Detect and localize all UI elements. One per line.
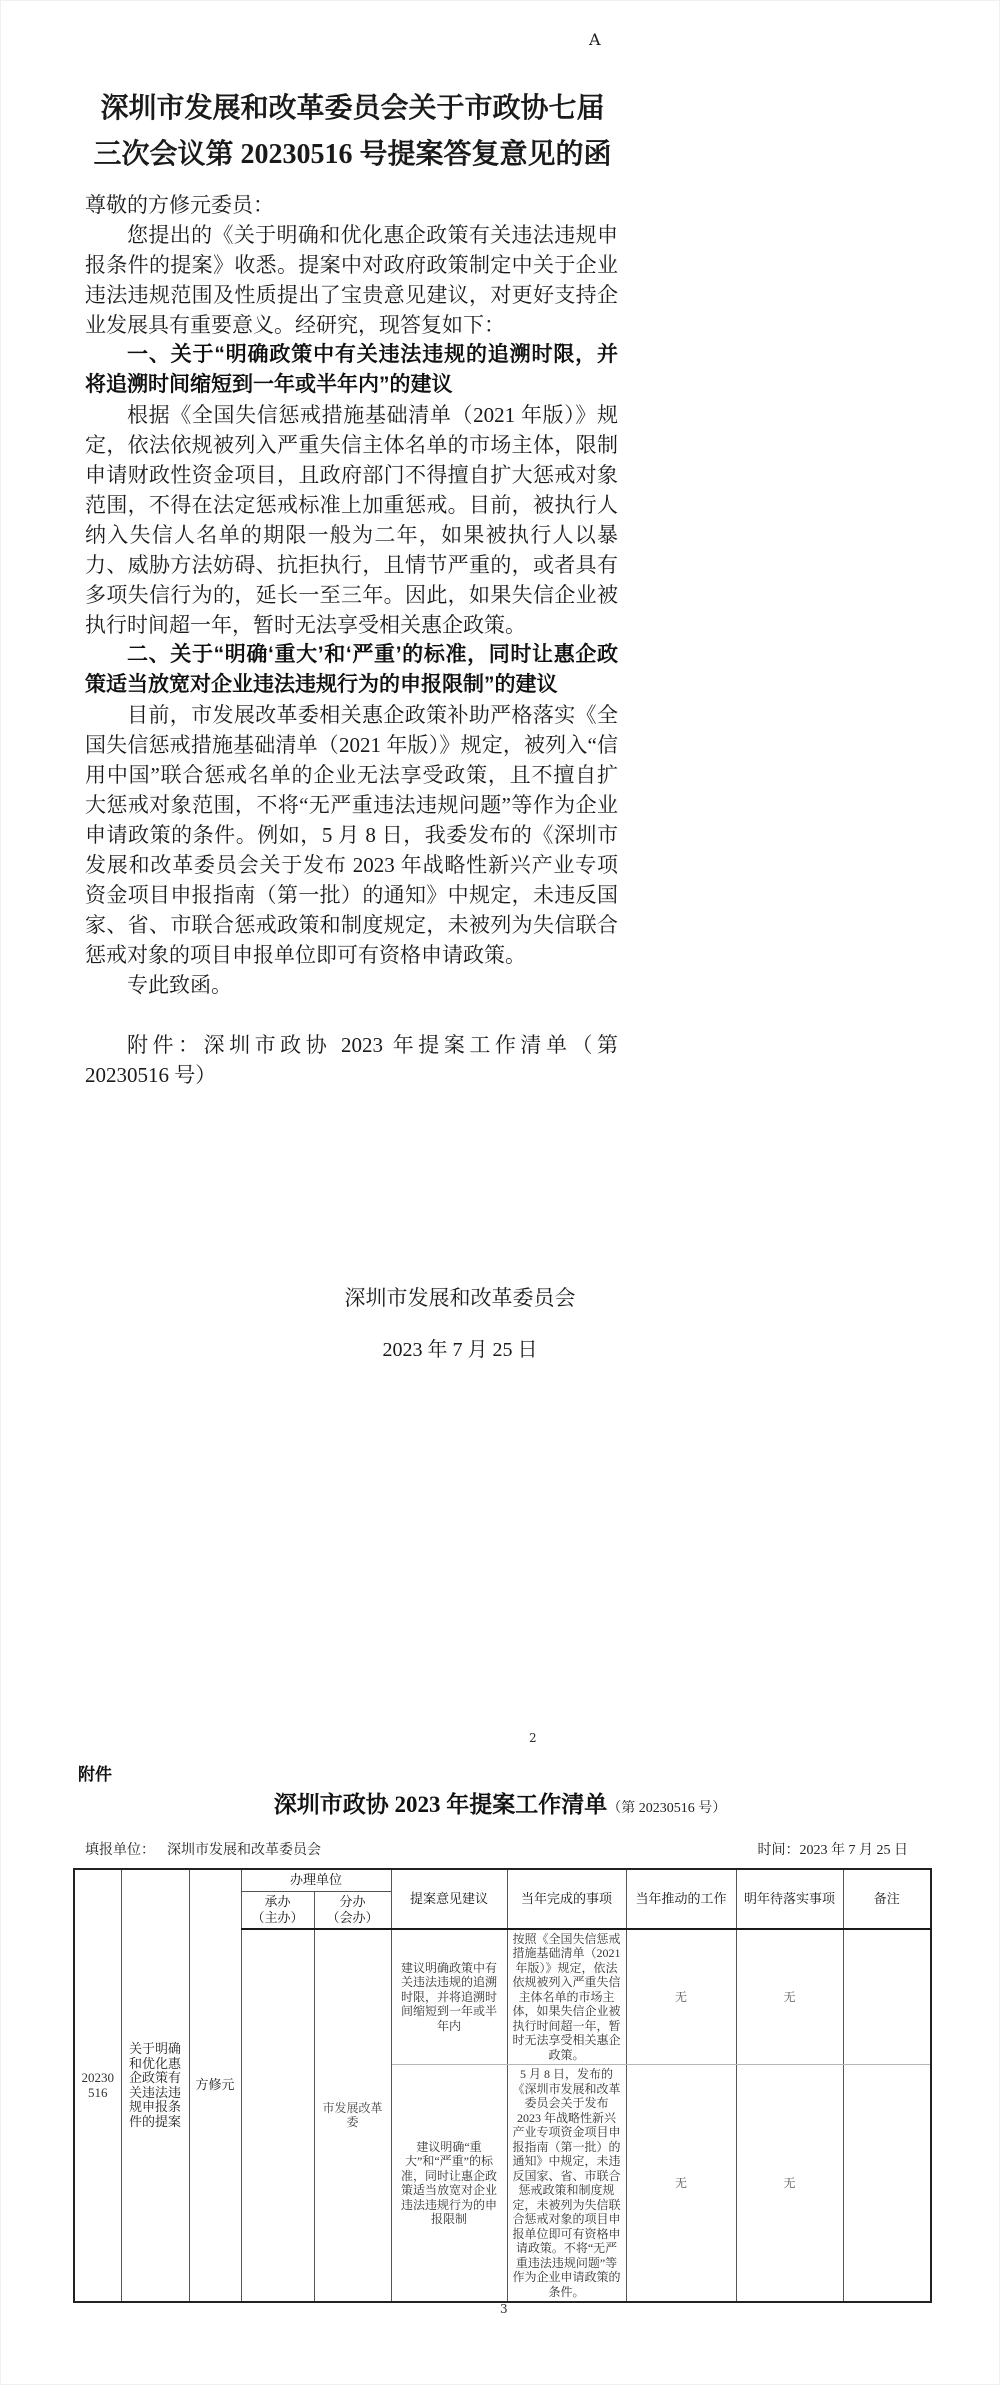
report-time: 时间：2023 年 7 月 25 日 bbox=[758, 1839, 909, 1859]
document-page: A 深圳市发展和改革委员会关于市政协七届 三次会议第 20230516 号提案答… bbox=[0, 0, 1000, 2385]
cell-pushed-2: 无 bbox=[626, 2065, 736, 2303]
col-header-pushed-this-year: 当年推动的工作 bbox=[626, 1869, 736, 1929]
attachment-meta-row: 填报单位：深圳市发展和改革委员会 时间：2023 年 7 月 25 日 bbox=[85, 1839, 908, 1859]
cell-remark-2 bbox=[843, 2065, 931, 2303]
col-header-organizer-main: 承办 （主办） bbox=[241, 1891, 314, 1929]
section-heading-1: 一、关于“明确政策中有关违法违规的追溯时限，并将追溯时间缩短到一年或半年内”的建… bbox=[85, 340, 618, 400]
cell-done-2: 5 月 8 日，发布的《深圳市发展和改革委员会关于发布 2023 年战略性新兴产… bbox=[507, 2065, 626, 2303]
letter-paragraph-2: 根据《全国失信惩戒措施基础清单（2021 年版）》规定，依法依规被列入严重失信主… bbox=[85, 400, 618, 640]
letter-closing: 专此致函。 bbox=[85, 970, 618, 1000]
signature-block: 深圳市发展和改革委员会 2023 年 7 月 25 日 bbox=[340, 1284, 580, 1364]
report-unit: 填报单位：深圳市发展和改革委员会 bbox=[85, 1839, 321, 1859]
cell-done-1: 按照《全国失信惩戒措施基础清单（2021 年版）》规定，依法依规被列入严重失信主… bbox=[507, 1929, 626, 2065]
cell-suggestion-1: 建议明确政策中有关违法违规的追溯时限，并将追溯时间缩短到一年或半年内 bbox=[391, 1929, 507, 2065]
salutation: 尊敬的方修元委员： bbox=[85, 190, 618, 220]
attachment-label: 附件 bbox=[78, 1760, 112, 1785]
col-header-organizer-co: 分办 （会办） bbox=[314, 1891, 391, 1929]
col-header-next-year-items: 明年待落实事项 bbox=[736, 1869, 843, 1929]
signature-org: 深圳市发展和改革委员会 bbox=[340, 1284, 580, 1312]
col-header-remark: 备注 bbox=[843, 1869, 931, 1929]
col-header-done-this-year: 当年完成的事项 bbox=[507, 1869, 626, 1929]
letter-body: 尊敬的方修元委员： 您提出的《关于明确和优化惠企政策有关违法违规申报条件的提案》… bbox=[85, 190, 618, 1090]
proposal-worklist-table: 20230516 关于明确和优化惠企政策有关违法违规申报条件的提案 方修元 办理… bbox=[73, 1868, 932, 2303]
attachment-title-main: 深圳市政协 2023 年提案工作清单 bbox=[274, 1792, 608, 1817]
letter-title-line1: 深圳市发展和改革委员会关于市政协七届 bbox=[85, 86, 620, 132]
signature-date: 2023 年 7 月 25 日 bbox=[340, 1336, 580, 1364]
letter-paragraph-1: 您提出的《关于明确和优化惠企政策有关违法违规申报条件的提案》收悉。提案中对政府政… bbox=[85, 220, 618, 340]
attachment-note: 附件：深圳市政协 2023 年提案工作清单（第 20230516 号） bbox=[85, 1030, 618, 1090]
report-unit-value: 深圳市发展和改革委员会 bbox=[167, 1843, 321, 1858]
attachment-title-number: （第 20230516 号） bbox=[607, 1801, 726, 1816]
cell-suggestion-2: 建议明确“重大”和“严重”的标准，同时让惠企政策适当放宽对企业违法违规行为的申报… bbox=[391, 2065, 507, 2303]
col-header-organizer-group: 办理单位 bbox=[241, 1869, 391, 1891]
cell-next-year-1: 无 bbox=[736, 1929, 843, 2065]
col-header-suggestion: 提案意见建议 bbox=[391, 1869, 507, 1929]
cell-proposer: 方修元 bbox=[189, 1869, 241, 2302]
letter-paragraph-3: 目前，市发展改革委相关惠企政策补助严格落实《全国失信惩戒措施基础清单（2021 … bbox=[85, 700, 618, 970]
cell-organizer-main bbox=[241, 1929, 314, 2303]
cell-pushed-1: 无 bbox=[626, 1929, 736, 2065]
page-number-2: 2 bbox=[529, 1731, 537, 1745]
classification-mark: A bbox=[589, 30, 601, 49]
letter-title-line2: 三次会议第 20230516 号提案答复意见的函 bbox=[85, 132, 620, 178]
report-unit-label: 填报单位： bbox=[85, 1843, 155, 1858]
cell-next-year-2: 无 bbox=[736, 2065, 843, 2303]
section-heading-2: 二、关于“明确‘重大’和‘严重’的标准，同时让惠企政策适当放宽对企业违法违规行为… bbox=[85, 640, 618, 700]
cell-remark-1 bbox=[843, 1929, 931, 2065]
attachment-title: 深圳市政协 2023 年提案工作清单（第 20230516 号） bbox=[0, 1786, 1000, 1819]
cell-proposal-number: 20230516 bbox=[74, 1869, 121, 2302]
cell-organizer-co: 市发展改革委 bbox=[314, 1929, 391, 2303]
page-number-3: 3 bbox=[500, 2302, 508, 2316]
letter-title: 深圳市发展和改革委员会关于市政协七届 三次会议第 20230516 号提案答复意… bbox=[85, 86, 620, 178]
cell-case-title: 关于明确和优化惠企政策有关违法违规申报条件的提案 bbox=[121, 1869, 189, 2302]
